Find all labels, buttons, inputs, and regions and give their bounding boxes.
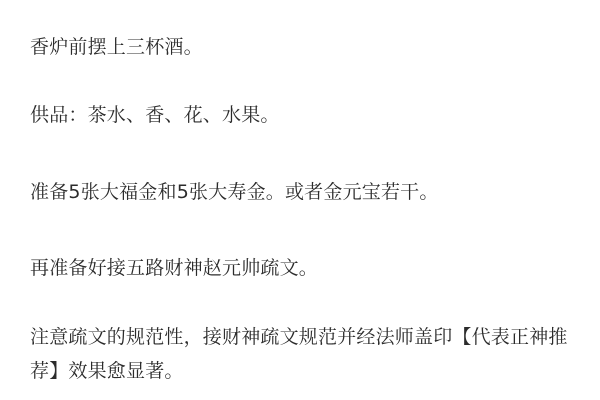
- paragraph-incense-wine: 香炉前摆上三杯酒。: [30, 32, 203, 62]
- paragraph-offerings: 供品：茶水、香、花、水果。: [30, 100, 280, 130]
- paragraph-gold-paper: 准备5张大福金和5张大寿金。或者金元宝若干。: [30, 177, 439, 207]
- paragraph-notice: 注意疏文的规范性，接财神疏文规范并经法师盖印【代表正神推荐】效果愈显著。: [30, 320, 575, 388]
- paragraph-petition: 再准备好接五路财神赵元帅疏文。: [30, 253, 318, 283]
